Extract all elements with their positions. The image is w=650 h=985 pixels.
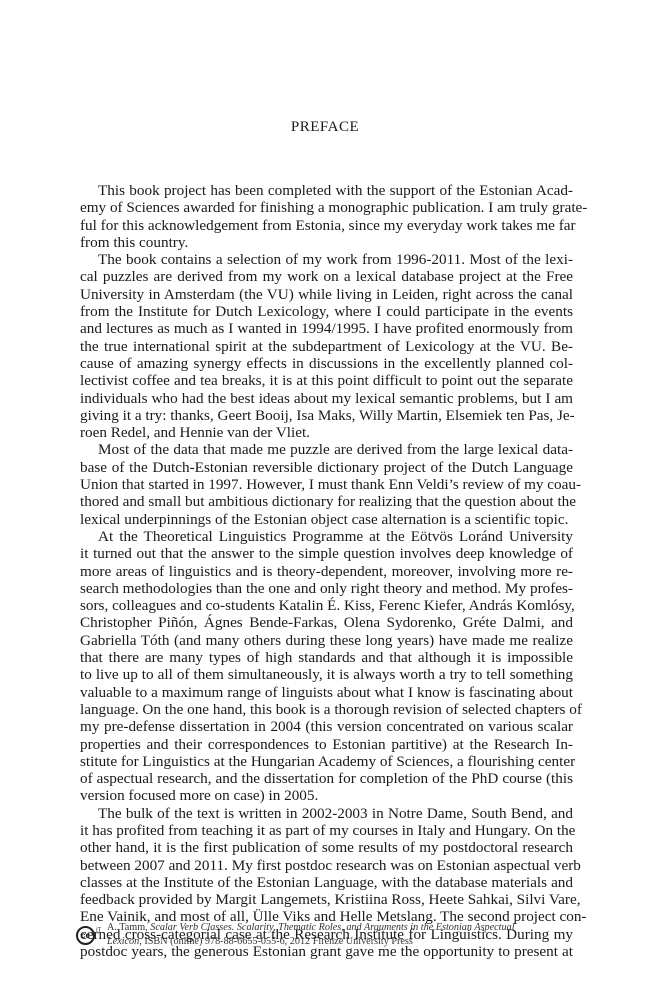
text-line: The bulk of the text is written in 2002-… [80, 805, 573, 822]
text-line: Union that started in 1997. However, I m… [80, 476, 573, 493]
text-line: Most of the data that made me puzzle are… [80, 441, 573, 458]
paragraph: Most of the data that made me puzzle are… [80, 441, 573, 527]
text-line: giving it a try: thanks, Geert Booij, Is… [80, 407, 573, 424]
cc-icon: cc [76, 926, 95, 945]
text-line: of aspectual research, and the dissertat… [80, 770, 573, 787]
paragraph: At the Theoretical Linguistics Programme… [80, 528, 573, 805]
text-line: feedback provided by Margit Langemets, K… [80, 891, 573, 908]
text-line: and lectures as much as I wanted in 1994… [80, 320, 573, 337]
text-line: other hand, it is the first publication … [80, 839, 573, 856]
citation-isbn: , ISBN (online) 978-88-6655-055-6, 2012 … [139, 936, 413, 947]
text-line: sors, colleagues and co-students Katalin… [80, 597, 573, 614]
license-country-label: IT [96, 925, 101, 939]
text-line: lexical underpinnings of the Estonian ob… [80, 511, 573, 528]
text-line: individuals who had the best ideas about… [80, 390, 573, 407]
text-line: This book project has been completed wit… [80, 182, 573, 199]
text-line: Gabriella Tóth (and many others during t… [80, 632, 573, 649]
text-line: from the Institute for Dutch Lexicology,… [80, 303, 573, 320]
text-line: base of the Dutch-Estonian reversible di… [80, 459, 573, 476]
text-line: cal puzzles are derived from my work on … [80, 268, 573, 285]
page-title: PREFACE [0, 119, 650, 136]
paragraph: This book project has been completed wit… [80, 182, 573, 251]
text-line: University in Amsterdam (the VU) while l… [80, 286, 573, 303]
text-line: lectivist coffee and tea breaks, it is a… [80, 372, 573, 389]
text-line: search methodologies than the one and on… [80, 580, 573, 597]
text-line: the true international spirit at the sub… [80, 338, 573, 355]
document-page: PREFACE This book project has been compl… [0, 0, 650, 985]
text-line: cause of amazing synergy effects in disc… [80, 355, 573, 372]
text-line: ful for this acknowledgement from Estoni… [80, 217, 573, 234]
text-line: properties and their correspondences to … [80, 736, 573, 753]
preface-body: This book project has been completed wit… [80, 182, 573, 960]
text-line: thored and small but ambitious dictionar… [80, 493, 573, 510]
text-line: it has profited from teaching it as part… [80, 822, 573, 839]
text-line: more areas of linguistics and is theory-… [80, 563, 573, 580]
text-line: Christopher Piñón, Ágnes Bende-Farkas, O… [80, 614, 573, 631]
text-line: my pre-defense dissertation in 2004 (thi… [80, 718, 573, 735]
text-line: The book contains a selection of my work… [80, 251, 573, 268]
text-line: between 2007 and 2011. My first postdoc … [80, 857, 573, 874]
text-line: from this country. [80, 234, 573, 251]
paragraph: The book contains a selection of my work… [80, 251, 573, 441]
text-line: emy of Sciences awarded for finishing a … [80, 199, 573, 216]
text-line: to live up to all of them simultaneously… [80, 666, 573, 683]
text-line: language. On the one hand, this book is … [80, 701, 573, 718]
text-line: version focused more on case) in 2005. [80, 787, 573, 804]
citation-title-cont: Lexicon [107, 936, 139, 947]
text-line: that there are many types of high standa… [80, 649, 573, 666]
text-line: roen Redel, and Hennie van der Vliet. [80, 424, 573, 441]
text-line: At the Theoretical Linguistics Programme… [80, 528, 573, 545]
citation-title: Scalar Verb Classes. Scalarity, Thematic… [150, 922, 514, 933]
text-line: valuable to a maximum range of linguists… [80, 684, 573, 701]
text-line: classes at the Institute of the Estonian… [80, 874, 573, 891]
citation-text: A. Tamm, Scalar Verb Classes. Scalarity,… [107, 921, 577, 948]
citation-author: A. Tamm, [107, 922, 150, 933]
text-line: stitute for Linguistics at the Hungarian… [80, 753, 573, 770]
text-line: it turned out that the answer to the sim… [80, 545, 573, 562]
